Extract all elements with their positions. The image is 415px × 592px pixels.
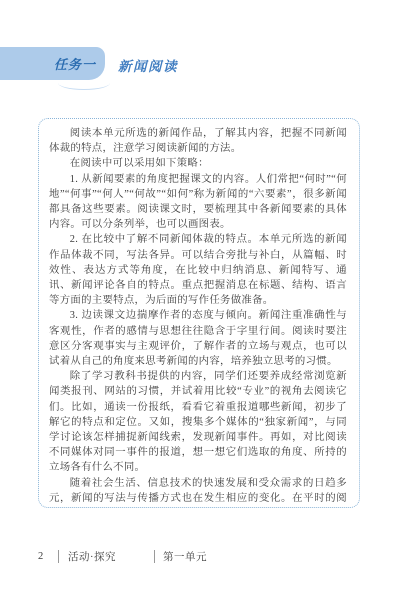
tab-curl-decoration — [58, 76, 110, 90]
paragraph: 2. 在比较中了解不同新闻体裁的特点。本单元所选的新闻作品体裁不同，写法各异。可… — [49, 232, 347, 308]
task-tab-label: 任务一 — [54, 54, 96, 73]
paragraph: 1. 从新闻要素的角度把握课文的内容。人们常把“何时”“何地”“何事”“何人”“… — [49, 172, 347, 233]
paragraph: 除了学习教科书提供的内容，同学们还要养成经常浏览新闻类报刊、网站的习惯，并试着用… — [49, 369, 347, 475]
page-number: 2 — [38, 551, 58, 562]
footer-divider — [58, 550, 59, 563]
page-footer: 2 活动·探究 第一单元 — [38, 549, 207, 564]
paragraph: 3. 边读课文边揣摩作者的态度与倾向。新闻注重准确性与客观性，作者的感情与思想往… — [49, 308, 347, 369]
paragraph: 随着社会生活、信息技术的快速发展和受众需求的日趋多元，新闻的写法与传播方式也在发… — [49, 476, 347, 508]
paragraph: 阅读本单元所选的新闻作品，了解其内容，把握不同新闻体裁的特点，注意学习阅读新闻的… — [49, 126, 347, 156]
page-title: 新闻阅读 — [118, 55, 178, 75]
footer-unit-title: 第一单元 — [163, 549, 207, 564]
task-tab: 任务一 — [0, 47, 105, 80]
footer-book-title: 活动·探究 — [68, 549, 154, 564]
footer-divider — [154, 550, 155, 563]
paragraph: 在阅读中可以采用如下策略： — [49, 156, 347, 171]
reading-strategy-box: 阅读本单元所选的新闻作品，了解其内容，把握不同新闻体裁的特点，注意学习阅读新闻的… — [38, 118, 360, 508]
